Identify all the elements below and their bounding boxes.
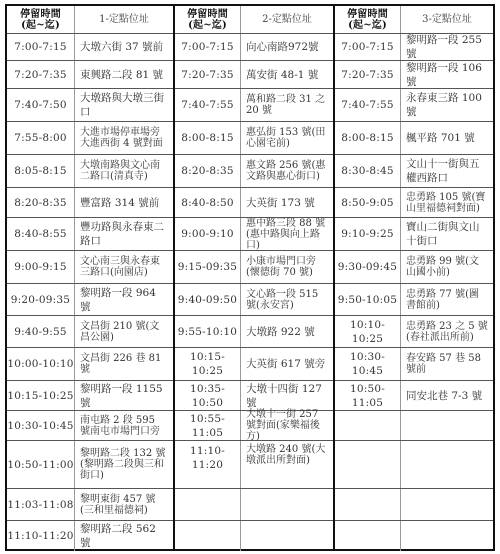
stop-address: 黎明路一段 255 號 (401, 34, 493, 60)
table-row: 10:50-11:00黎明路二段 132 號(黎明路二段與三和街口) (7, 441, 173, 489)
stop-time: 11:03-11:08 (7, 489, 75, 520)
stop-address: 忠勇路 77 號(圖書館前) (401, 284, 493, 315)
table-row: 8:00-8:15楓平路 701 號 (335, 122, 493, 155)
stop-address: 寶山二街與文山十街口 (401, 218, 493, 250)
table-row: 7:00-7:15向心南路972號 (175, 34, 333, 61)
stop-time: 9:10-9:25 (335, 218, 401, 250)
stop-time: 7:40-7:50 (7, 89, 75, 121)
table-row: 10:30-10:45春安路 57 巷 58 號前 (335, 348, 493, 381)
table-row: 7:55-8:00大進市場停車場旁大進西街 4 號對面 (7, 122, 173, 155)
stop-address: 萬安街 48-1 號 (241, 61, 333, 88)
header-row: 停留時間(起~迄)3-定點位址 (335, 6, 493, 34)
stop-time: 10:50-11:05 (335, 381, 401, 410)
stop-time: 7:20-7:35 (175, 61, 241, 88)
stop-address: 忠勇路 105 號(寶山里福德祠對面) (401, 188, 493, 217)
stop-address: 黎明路一段 964 號 (75, 284, 173, 315)
stop-address (241, 521, 333, 551)
table-row (335, 441, 493, 489)
stop-address: 同安北巷 7-3 號 (401, 381, 493, 410)
table-row: 9:15-09:35小康市場門口旁(懷德街 70 號) (175, 251, 333, 284)
table-row: 9:10-9:25寶山二街與文山十街口 (335, 218, 493, 251)
table-row: 8:05-8:15大墩南路與文心南二路口(清真寺) (7, 155, 173, 188)
table-row: 8:40-8:50大英街 173 號 (175, 188, 333, 218)
table-row: 9:00-9:10惠中路三段 88 號(惠中路與向上路口) (175, 218, 333, 251)
stop-time: 10:15-10:25 (7, 381, 75, 410)
table-row (175, 521, 333, 551)
stop-address: 黎明東街 457 號(三和里福德祠) (75, 489, 173, 520)
stop-address: 文昌街 226 巷 81 號 (75, 348, 173, 380)
stop-address: 永春東三路 100 號 (401, 89, 493, 121)
stop-time: 8:30-8:45 (335, 155, 401, 187)
stop-time: 9:50-10:05 (335, 284, 401, 315)
time-header-line1: 停留時間 (20, 9, 61, 20)
table-row: 10:10-10:25忠勇路 23 之 5 號(春社派出所前) (335, 316, 493, 348)
stop-address: 大墩六街 37 號前 (75, 34, 173, 60)
stop-time: 8:40-8:50 (175, 188, 241, 217)
table-row: 7:20-7:35黎明路一段 106 號 (335, 61, 493, 89)
stop-time: 11:10-11:20 (175, 441, 241, 488)
table-row: 7:40-7:55萬和路二段 31 之 20 號 (175, 89, 333, 122)
stop-address: 東興路二段 81 號 (75, 61, 173, 88)
table-row: 11:10-11:20大墩路 240 號(大墩派出所對面) (175, 441, 333, 489)
header-row: 停留時間(起~迄)1-定點位址 (7, 6, 173, 34)
stop-address: 黎明路一段 1155 號 (75, 381, 173, 410)
table-row: 8:00-8:15惠弘街 153 號(田心園宅前) (175, 122, 333, 155)
stop-address: 大英街 173 號 (241, 188, 333, 217)
stop-address: 忠勇路 23 之 5 號(春社派出所前) (401, 316, 493, 347)
table-row: 8:40-8:55豐功路與永春東二路口 (7, 218, 173, 251)
stop-address (401, 489, 493, 520)
time-header-line1: 停留時間 (347, 9, 388, 20)
stop-address: 黎明路二段 132 號(黎明路二段與三和街口) (75, 441, 173, 488)
stop-time: 9:40-9:55 (7, 316, 75, 347)
stop-address: 春安路 57 巷 58 號前 (401, 348, 493, 380)
table-row: 9:40-09:50文心路一段 515 號(永安宮) (175, 284, 333, 316)
stop-time (335, 441, 401, 488)
table-row: 7:40-7:50大墩路與大墩三街口 (7, 89, 173, 122)
table-row (335, 489, 493, 521)
time-column-header: 停留時間(起~迄) (7, 6, 75, 33)
table-row: 7:20-7:35萬安街 48-1 號 (175, 61, 333, 89)
route1-table: 停留時間(起~迄)1-定點位址7:00-7:15大墩六街 37 號前7:20-7… (7, 6, 173, 549)
stop-address (401, 411, 493, 440)
stop-time: 10:55-11:05 (175, 411, 241, 440)
table-row: 8:30-8:45文山十一街與五權西路口 (335, 155, 493, 188)
time-header-line2: (起~迄) (348, 20, 387, 31)
table-row: 9:00-9:15文心南三與永春東三路口(向園店) (7, 251, 173, 284)
stop-time (335, 489, 401, 520)
stop-time: 8:05-8:15 (7, 155, 75, 187)
stop-time (175, 521, 241, 551)
stop-time: 8:40-8:55 (7, 218, 75, 250)
stop-address: 惠弘街 153 號(田心園宅前) (241, 122, 333, 154)
table-row: 9:40-9:55文昌街 210 號(文昌公園) (7, 316, 173, 348)
stop-time: 9:55-10:10 (175, 316, 241, 347)
stop-address: 黎明路二段 562 號 (75, 521, 173, 551)
stop-time: 8:20-8:35 (175, 155, 241, 187)
time-header-line1: 停留時間 (187, 9, 228, 20)
stop-address (241, 489, 333, 520)
stop-time: 10:00-10:10 (7, 348, 75, 380)
table-row: 8:50-9:05忠勇路 105 號(寶山里福德祠對面) (335, 188, 493, 218)
stop-address: 萬和路二段 31 之 20 號 (241, 89, 333, 121)
address-column-header: 2-定點位址 (241, 6, 333, 33)
table-row: 9:50-10:05忠勇路 77 號(圖書館前) (335, 284, 493, 316)
table-row: 10:00-10:10文昌街 226 巷 81 號 (7, 348, 173, 381)
stop-address: 惠文路 256 號(惠文路與惠心街口) (241, 155, 333, 187)
stop-time: 10:30-10:45 (335, 348, 401, 380)
stop-time: 7:20-7:35 (7, 61, 75, 88)
table-row: 8:20-8:35豐富路 314 號前 (7, 188, 173, 218)
stop-time: 7:00-7:15 (7, 34, 75, 60)
time-column-header: 停留時間(起~迄) (175, 6, 241, 33)
stop-address: 南屯路 2 段 595 號南屯市場門口旁 (75, 411, 173, 440)
stop-address: 大墩路 240 號(大墩派出所對面) (241, 441, 333, 488)
stop-time: 8:00-8:15 (335, 122, 401, 154)
stop-address: 楓平路 701 號 (401, 122, 493, 154)
address-column-header: 3-定點位址 (401, 6, 493, 33)
stop-address: 大墩南路與文心南二路口(清真寺) (75, 155, 173, 187)
stop-address: 文心路一段 515 號(永安宮) (241, 284, 333, 315)
address-column-header: 1-定點位址 (75, 6, 173, 33)
table-row: 9:55-10:10大墩路 922 號 (175, 316, 333, 348)
stop-address: 大墩十一街 257 號對面(家樂福後方) (241, 411, 333, 440)
table-row: 7:00-7:15黎明路一段 255 號 (335, 34, 493, 61)
stop-address: 文昌街 210 號(文昌公園) (75, 316, 173, 347)
table-row (335, 411, 493, 441)
table-row: 11:03-11:08黎明東街 457 號(三和里福德祠) (7, 489, 173, 521)
stop-time: 7:00-7:15 (335, 34, 401, 60)
stop-time: 8:50-9:05 (335, 188, 401, 217)
stop-time: 9:00-9:10 (175, 218, 241, 250)
time-column-header: 停留時間(起~迄) (335, 6, 401, 33)
stop-time (175, 489, 241, 520)
table-row: 10:35-10:50大墩十四街 127 號 (175, 381, 333, 411)
table-row: 9:30-09:45忠勇路 99 號(文山國小前) (335, 251, 493, 284)
schedule-table: 停留時間(起~迄)1-定點位址7:00-7:15大墩六街 37 號前7:20-7… (5, 4, 495, 551)
stop-address (401, 521, 493, 551)
stop-time: 7:55-8:00 (7, 122, 75, 154)
stop-address: 豐功路與永春東二路口 (75, 218, 173, 250)
stop-time: 7:40-7:55 (335, 89, 401, 121)
stop-time: 10:10-10:25 (335, 316, 401, 347)
table-row: 10:15-10:25大英街 617 號旁 (175, 348, 333, 381)
stop-address (401, 441, 493, 488)
stop-time: 10:35-10:50 (175, 381, 241, 410)
stop-address: 文心南三與永春東三路口(向園店) (75, 251, 173, 283)
table-row: 10:30-10:45南屯路 2 段 595 號南屯市場門口旁 (7, 411, 173, 441)
stop-time: 7:20-7:35 (335, 61, 401, 88)
stop-time: 9:15-09:35 (175, 251, 241, 283)
stop-time (335, 521, 401, 551)
time-header-line2: (起~迄) (188, 20, 227, 31)
header-row: 停留時間(起~迄)2-定點位址 (175, 6, 333, 34)
stop-time: 10:15-10:25 (175, 348, 241, 380)
table-row: 9:20-09:35黎明路一段 964 號 (7, 284, 173, 316)
table-row: 8:20-8:35惠文路 256 號(惠文路與惠心街口) (175, 155, 333, 188)
table-row: 7:20-7:35東興路二段 81 號 (7, 61, 173, 89)
stop-time: 9:40-09:50 (175, 284, 241, 315)
route2-table: 停留時間(起~迄)2-定點位址7:00-7:15向心南路972號7:20-7:3… (173, 6, 333, 549)
stop-address: 黎明路一段 106 號 (401, 61, 493, 88)
stop-time: 7:00-7:15 (175, 34, 241, 60)
table-row: 10:15-10:25黎明路一段 1155 號 (7, 381, 173, 411)
stop-time: 8:00-8:15 (175, 122, 241, 154)
table-row: 10:50-11:05同安北巷 7-3 號 (335, 381, 493, 411)
table-row: 11:10-11:20黎明路二段 562 號 (7, 521, 173, 551)
stop-address: 大進市場停車場旁大進西街 4 號對面 (75, 122, 173, 154)
stop-address: 大墩路 922 號 (241, 316, 333, 347)
table-row: 10:55-11:05大墩十一街 257 號對面(家樂福後方) (175, 411, 333, 441)
table-row (335, 521, 493, 551)
stop-time: 11:10-11:20 (7, 521, 75, 551)
stop-address: 文山十一街與五權西路口 (401, 155, 493, 187)
stop-time: 8:20-8:35 (7, 188, 75, 217)
time-header-line2: (起~迄) (21, 20, 60, 31)
stop-address: 向心南路972號 (241, 34, 333, 60)
stop-time: 7:40-7:55 (175, 89, 241, 121)
stop-time: 9:30-09:45 (335, 251, 401, 283)
stop-address: 小康市場門口旁(懷德街 70 號) (241, 251, 333, 283)
stop-time (335, 411, 401, 440)
table-row: 7:00-7:15大墩六街 37 號前 (7, 34, 173, 61)
stop-address: 大墩路與大墩三街口 (75, 89, 173, 121)
stop-address: 大英街 617 號旁 (241, 348, 333, 380)
table-row: 7:40-7:55永春東三路 100 號 (335, 89, 493, 122)
stop-time: 10:30-10:45 (7, 411, 75, 440)
stop-time: 10:50-11:00 (7, 441, 75, 488)
stop-time: 9:00-9:15 (7, 251, 75, 283)
table-row (175, 489, 333, 521)
stop-address: 大墩十四街 127 號 (241, 381, 333, 410)
stop-time: 9:20-09:35 (7, 284, 75, 315)
route3-table: 停留時間(起~迄)3-定點位址7:00-7:15黎明路一段 255 號7:20-… (333, 6, 493, 549)
stop-address: 惠中路三段 88 號(惠中路與向上路口) (241, 218, 333, 250)
stop-address: 忠勇路 99 號(文山國小前) (401, 251, 493, 283)
stop-address: 豐富路 314 號前 (75, 188, 173, 217)
